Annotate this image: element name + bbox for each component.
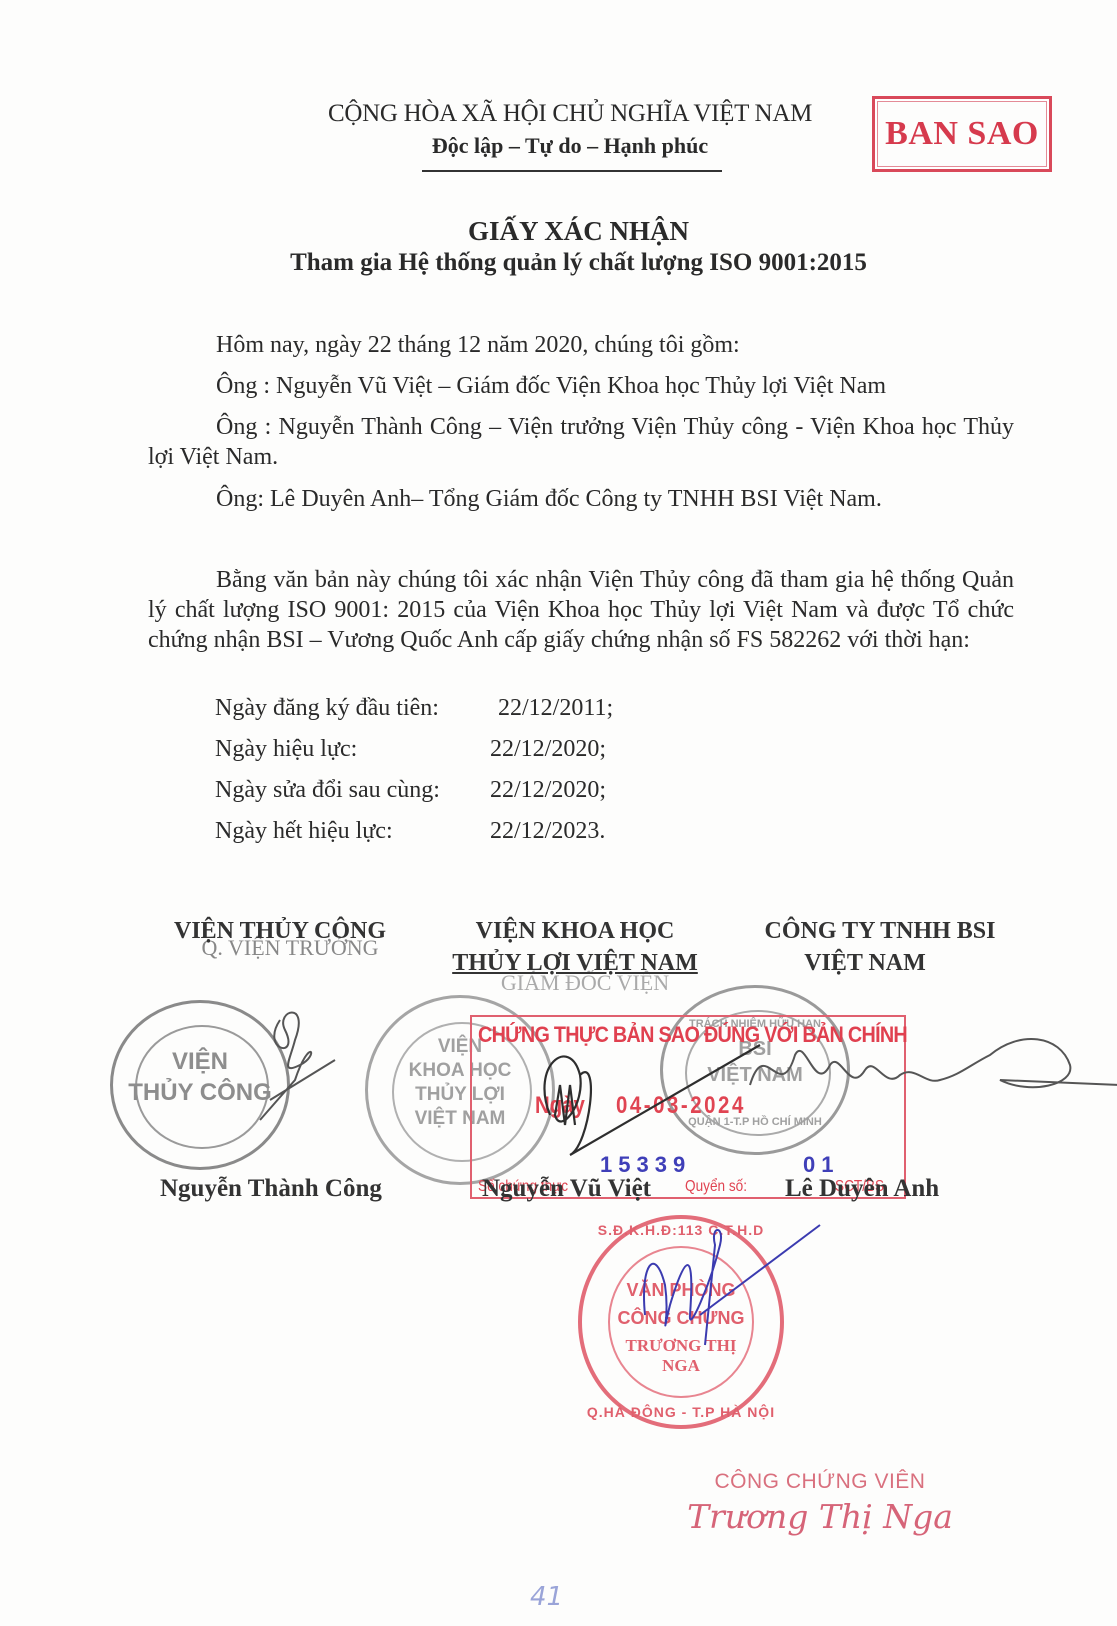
- date-row-last-revision: Ngày sửa đổi sau cùng: 22/12/2020;: [215, 777, 606, 804]
- copy-stamp: BAN SAO: [872, 96, 1052, 172]
- signature-le-duyen-anh: [740, 1025, 1117, 1115]
- notary-name: Trương Thị Nga: [670, 1497, 970, 1536]
- signature-nguyen-vu-viet: [510, 1025, 770, 1165]
- signer-name-2: Nguyễn Vũ Việt: [482, 1175, 651, 1203]
- sig3-org-line1: CÔNG TY TNHH BSI: [735, 918, 1025, 945]
- document-title: GIẤY XÁC NHẬN: [0, 216, 1117, 247]
- date-row-first-registration: Ngày đăng ký đầu tiên: 22/12/2011;: [215, 695, 613, 722]
- document-subtitle: Tham gia Hệ thống quản lý chất lượng ISO…: [0, 249, 1117, 277]
- date-value: 22/12/2023.: [490, 818, 605, 845]
- person-3: Ông: Lê Duyên Anh– Tổng Giám đốc Công ty…: [148, 484, 1014, 514]
- date-label: Ngày hết hiệu lực:: [215, 818, 490, 845]
- signature-nguyen-thanh-cong: [240, 990, 340, 1120]
- sig3-org-line2: VIỆT NAM: [735, 950, 995, 977]
- date-value: 22/12/2020;: [490, 736, 606, 763]
- date-label: Ngày đăng ký đầu tiên:: [215, 695, 490, 722]
- sig2-org-line1: VIỆN KHOA HỌC: [430, 918, 720, 945]
- date-value: 22/12/2020;: [490, 777, 606, 804]
- intro-date-line: Hôm nay, ngày 22 tháng 12 năm 2020, chún…: [148, 330, 1014, 360]
- signer-name-1: Nguyễn Thành Công: [160, 1175, 382, 1203]
- person-2: Ông : Nguyễn Thành Công – Viện trưởng Vi…: [148, 412, 1014, 472]
- person-1: Ông : Nguyễn Vũ Việt – Giám đốc Viện Kho…: [148, 371, 1014, 401]
- sig1-org: VIỆN THỦY CÔNG: [150, 918, 410, 945]
- page-number: 41: [530, 1582, 563, 1612]
- date-label: Ngày hiệu lực:: [215, 736, 490, 763]
- date-label: Ngày sửa đổi sau cùng:: [215, 777, 490, 804]
- certification-book-label: Quyển số:: [685, 1178, 747, 1196]
- signature-notary: [640, 1225, 820, 1355]
- header-divider: [422, 170, 722, 172]
- signer-name-3: Lê Duyên Anh: [785, 1175, 939, 1203]
- notary-role: CÔNG CHỨNG VIÊN: [690, 1470, 950, 1494]
- date-value: 22/12/2011;: [498, 695, 613, 722]
- notary-seal-bottom: Q.HÀ ĐÔNG - T.P HÀ NỘI: [578, 1404, 784, 1420]
- country-header: CỘNG HÒA XÃ HỘI CHỦ NGHĨA VIỆT NAM: [300, 100, 840, 128]
- confirmation-paragraph: Bằng văn bản này chúng tôi xác nhận Viện…: [148, 565, 1014, 655]
- sig2-org-line2: THỦY LỢI VIỆT NAM: [430, 950, 720, 977]
- date-row-effective: Ngày hiệu lực: 22/12/2020;: [215, 736, 606, 763]
- copy-stamp-label: BAN SAO: [885, 115, 1039, 153]
- date-row-expiry: Ngày hết hiệu lực: 22/12/2023.: [215, 818, 605, 845]
- motto: Độc lập – Tự do – Hạnh phúc: [300, 133, 840, 159]
